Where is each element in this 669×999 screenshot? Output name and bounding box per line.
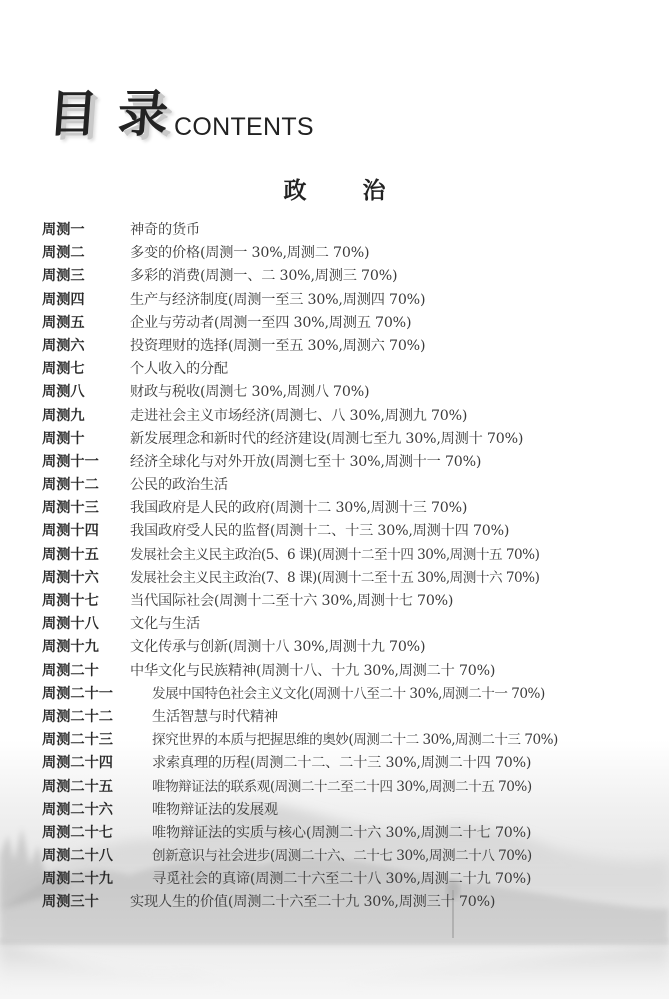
toc-entry-title: 个人收入的分配 — [130, 358, 228, 381]
toc-entry-title: 神奇的货币 — [130, 219, 200, 242]
toc-entry-title: 我国政府是人民的政府(周测十二 30%,周测十三 70%) — [130, 497, 467, 520]
toc-entry[interactable]: 周测二十中华文化与民族精神(周测十八、十九 30%,周测二十 70%) — [0, 660, 669, 683]
toc-entry[interactable]: 周测十七当代国际社会(周测十二至十六 30%,周测十七 70%) — [0, 590, 669, 613]
page-header: 目录 CONTENTS — [48, 86, 314, 142]
toc-entry-title: 创新意识与社会进步(周测二十六、二十七 30%,周测二十八 70%) — [152, 845, 532, 868]
toc-entry[interactable]: 周测二十八创新意识与社会进步(周测二十六、二十七 30%,周测二十八 70%) — [0, 845, 669, 868]
toc-entry-label: 周测二十五 — [42, 776, 113, 799]
toc-entry[interactable]: 周测五企业与劳动者(周测一至四 30%,周测五 70%) — [0, 312, 669, 335]
toc-entry[interactable]: 周测二十五唯物辩证法的联系观(周测二十二至二十四 30%,周测二十五 70%) — [0, 776, 669, 799]
toc-entry-label: 周测七 — [42, 358, 85, 381]
toc-entry[interactable]: 周测十五发展社会主义民主政治(5、6 课)(周测十二至十四 30%,周测十五 7… — [0, 544, 669, 567]
toc-entry[interactable]: 周测六投资理财的选择(周测一至五 30%,周测六 70%) — [0, 335, 669, 358]
toc-entry-title: 发展社会主义民主政治(7、8 课)(周测十二至十五 30%,周测十六 70%) — [130, 567, 539, 590]
toc-entry[interactable]: 周测二十六唯物辩证法的发展观 — [0, 799, 669, 822]
toc-entry[interactable]: 周测三多彩的消费(周测一、二 30%,周测三 70%) — [0, 265, 669, 288]
toc-entry-title: 生活智慧与时代精神 — [152, 706, 278, 729]
toc-entry-label: 周测十三 — [42, 497, 99, 520]
section-heading-right: 治 — [363, 172, 386, 205]
toc-entry-title: 唯物辩证法的实质与核心(周测二十六 30%,周测二十七 70%) — [152, 822, 531, 845]
toc-entry-label: 周测六 — [42, 335, 85, 358]
toc-entry[interactable]: 周测十一经济全球化与对外开放(周测七至十 30%,周测十一 70%) — [0, 451, 669, 474]
toc-entry-title: 唯物辩证法的联系观(周测二十二至二十四 30%,周测二十五 70%) — [152, 776, 532, 799]
contents-title-en: CONTENTS — [174, 113, 314, 142]
toc-list: 周测一神奇的货币 周测二多变的价格(周测一 30%,周测二 70%) 周测三多彩… — [0, 219, 669, 915]
toc-entry-label: 周测五 — [42, 312, 85, 335]
contents-title-cn: 目录 — [46, 86, 190, 142]
toc-entry-title: 发展社会主义民主政治(5、6 课)(周测十二至十四 30%,周测十五 70%) — [130, 544, 539, 567]
toc-entry-label: 周测一 — [42, 219, 85, 242]
toc-entry[interactable]: 周测十三我国政府是人民的政府(周测十二 30%,周测十三 70%) — [0, 497, 669, 520]
toc-entry[interactable]: 周测十六发展社会主义民主政治(7、8 课)(周测十二至十五 30%,周测十六 7… — [0, 567, 669, 590]
toc-entry-label: 周测十八 — [42, 613, 99, 636]
toc-entry-label: 周测三十 — [42, 891, 99, 914]
toc-entry[interactable]: 周测九走进社会主义市场经济(周测七、八 30%,周测九 70%) — [0, 405, 669, 428]
toc-entry[interactable]: 周测二十三探究世界的本质与把握思维的奥妙(周测二十二 30%,周测二十三 70%… — [0, 729, 669, 752]
toc-entry-label: 周测二十三 — [42, 729, 113, 752]
toc-entry-title: 文化与生活 — [130, 613, 200, 636]
toc-entry-label: 周测二十一 — [42, 683, 113, 706]
toc-entry-label: 周测十六 — [42, 567, 99, 590]
toc-entry-title: 当代国际社会(周测十二至十六 30%,周测十七 70%) — [130, 590, 453, 613]
toc-entry-label: 周测八 — [42, 381, 85, 404]
toc-entry-title: 寻觅社会的真谛(周测二十六至二十八 30%,周测二十九 70%) — [152, 868, 531, 891]
toc-entry-label: 周测十一 — [42, 451, 99, 474]
toc-entry-label: 周测十七 — [42, 590, 99, 613]
toc-entry-label: 周测十四 — [42, 520, 99, 543]
toc-entry[interactable]: 周测二十四求索真理的历程(周测二十二、二十三 30%,周测二十四 70%) — [0, 752, 669, 775]
toc-entry-title: 投资理财的选择(周测一至五 30%,周测六 70%) — [130, 335, 425, 358]
toc-entry-title: 新发展理念和新时代的经济建设(周测七至九 30%,周测十 70%) — [130, 428, 523, 451]
toc-entry[interactable]: 周测十九文化传承与创新(周测十八 30%,周测十九 70%) — [0, 636, 669, 659]
toc-entry-label: 周测二 — [42, 242, 85, 265]
toc-entry-label: 周测十九 — [42, 636, 99, 659]
toc-entry-label: 周测二十 — [42, 660, 99, 683]
toc-entry-label: 周测十二 — [42, 474, 99, 497]
toc-entry-title: 求索真理的历程(周测二十二、二十三 30%,周测二十四 70%) — [152, 752, 531, 775]
toc-entry[interactable]: 周测二十二生活智慧与时代精神 — [0, 706, 669, 729]
toc-entry[interactable]: 周测十四我国政府受人民的监督(周测十二、十三 30%,周测十四 70%) — [0, 520, 669, 543]
toc-entry[interactable]: 周测二十一发展中国特色社会主义文化(周测十八至二十 30%,周测二十一 70%) — [0, 683, 669, 706]
toc-entry[interactable]: 周测十新发展理念和新时代的经济建设(周测七至九 30%,周测十 70%) — [0, 428, 669, 451]
toc-entry-label: 周测二十二 — [42, 706, 113, 729]
toc-entry-label: 周测九 — [42, 405, 85, 428]
toc-entry[interactable]: 周测二十七唯物辩证法的实质与核心(周测二十六 30%,周测二十七 70%) — [0, 822, 669, 845]
toc-entry-label: 周测四 — [42, 289, 85, 312]
toc-entry[interactable]: 周测八财政与税收(周测七 30%,周测八 70%) — [0, 381, 669, 404]
toc-entry-title: 发展中国特色社会主义文化(周测十八至二十 30%,周测二十一 70%) — [152, 683, 545, 706]
toc-entry-label: 周测十五 — [42, 544, 99, 567]
toc-entry-title: 中华文化与民族精神(周测十八、十九 30%,周测二十 70%) — [130, 660, 495, 683]
toc-entry[interactable]: 周测十二公民的政治生活 — [0, 474, 669, 497]
toc-entry-title: 财政与税收(周测七 30%,周测八 70%) — [130, 381, 369, 404]
toc-entry-title: 多变的价格(周测一 30%,周测二 70%) — [130, 242, 369, 265]
toc-entry-title: 公民的政治生活 — [130, 474, 228, 497]
toc-entry[interactable]: 周测二十九寻觅社会的真谛(周测二十六至二十八 30%,周测二十九 70%) — [0, 868, 669, 891]
toc-entry-title: 我国政府受人民的监督(周测十二、十三 30%,周测十四 70%) — [130, 520, 509, 543]
toc-entry-title: 探究世界的本质与把握思维的奥妙(周测二十二 30%,周测二十三 70%) — [152, 729, 558, 752]
toc-entry-label: 周测二十四 — [42, 752, 113, 775]
toc-entry[interactable]: 周测二多变的价格(周测一 30%,周测二 70%) — [0, 242, 669, 265]
toc-entry-label: 周测十 — [42, 428, 85, 451]
toc-entry-title: 企业与劳动者(周测一至四 30%,周测五 70%) — [130, 312, 411, 335]
toc-entry-label: 周测二十八 — [42, 845, 113, 868]
section-heading-left: 政 — [284, 172, 307, 205]
toc-entry[interactable]: 周测三十实现人生的价值(周测二十六至二十九 30%,周测三十 70%) — [0, 891, 669, 914]
toc-entry-title: 实现人生的价值(周测二十六至二十九 30%,周测三十 70%) — [130, 891, 495, 914]
toc-entry[interactable]: 周测四生产与经济制度(周测一至三 30%,周测四 70%) — [0, 289, 669, 312]
toc-entry-label: 周测二十七 — [42, 822, 113, 845]
toc-entry-title: 经济全球化与对外开放(周测七至十 30%,周测十一 70%) — [130, 451, 481, 474]
toc-entry-title: 文化传承与创新(周测十八 30%,周测十九 70%) — [130, 636, 425, 659]
toc-entry-title: 多彩的消费(周测一、二 30%,周测三 70%) — [130, 265, 397, 288]
toc-entry[interactable]: 周测一神奇的货币 — [0, 219, 669, 242]
toc-entry-label: 周测二十九 — [42, 868, 113, 891]
toc-entry[interactable]: 周测十八文化与生活 — [0, 613, 669, 636]
toc-entry[interactable]: 周测七个人收入的分配 — [0, 358, 669, 381]
toc-entry-title: 生产与经济制度(周测一至三 30%,周测四 70%) — [130, 289, 425, 312]
toc-entry-title: 走进社会主义市场经济(周测七、八 30%,周测九 70%) — [130, 405, 467, 428]
toc-entry-label: 周测三 — [42, 265, 85, 288]
toc-entry-title: 唯物辩证法的发展观 — [152, 799, 278, 822]
toc-entry-label: 周测二十六 — [42, 799, 113, 822]
section-heading: 政治 — [0, 172, 669, 205]
